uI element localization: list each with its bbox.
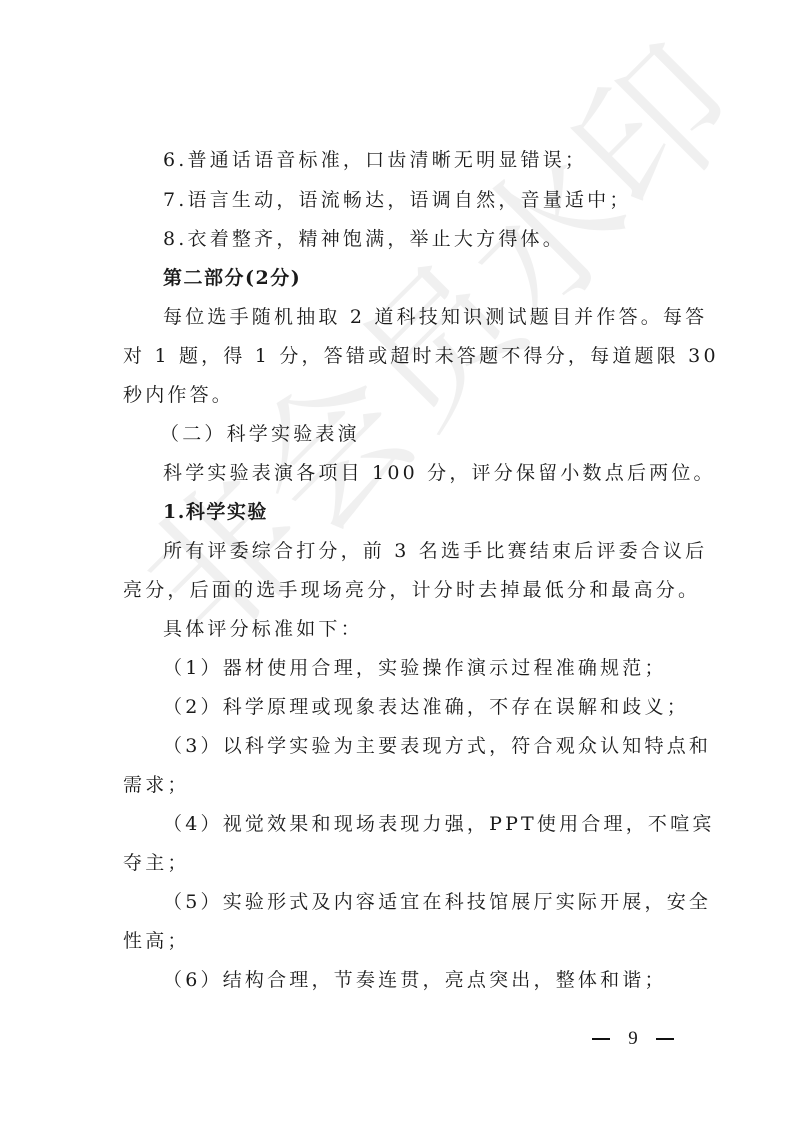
criterion-1: （1）器材使用合理，实验操作演示过程准确规范； bbox=[163, 656, 715, 680]
criterion-5-line-1: （5）实验形式及内容适宜在科技馆展厅实际开展，安全 bbox=[163, 890, 715, 914]
section-heading-part-two: 第二部分(2分) bbox=[163, 266, 715, 290]
criterion-5-line-2: 性高； bbox=[123, 929, 675, 953]
criterion-4-line-1: （4）视觉效果和现场表现力强，PPT使用合理，不喧宾 bbox=[163, 812, 715, 836]
criterion-6: 6.普通话语音标准，口齿清晰无明显错误； bbox=[163, 148, 715, 172]
criterion-3-line-1: （3）以科学实验为主要表现方式，符合观众认知特点和 bbox=[163, 734, 715, 758]
criterion-3-line-2: 需求； bbox=[123, 773, 675, 797]
paragraph-part-two-line-1: 每位选手随机抽取 2 道科技知识测试题目并作答。每答 bbox=[163, 305, 715, 329]
criterion-6-performance: （6）结构合理，节奏连贯，亮点突出，整体和谐； bbox=[163, 968, 715, 992]
criterion-2: （2）科学原理或现象表达准确，不存在误解和歧义； bbox=[163, 695, 715, 719]
criterion-7: 7.语言生动，语流畅达，语调自然，音量适中； bbox=[163, 188, 715, 212]
page-number-value: 9 bbox=[628, 1028, 638, 1050]
paragraph-criteria-intro: 具体评分标准如下： bbox=[163, 617, 715, 641]
paragraph-part-two-line-3: 秒内作答。 bbox=[123, 383, 675, 407]
paragraph-judging-line-1: 所有评委综合打分，前 3 名选手比赛结束后评委合议后 bbox=[163, 539, 715, 563]
paragraph-judging-line-2: 亮分，后面的选手现场亮分，计分时去掉最低分和最高分。 bbox=[123, 578, 675, 602]
paragraph-part-two-line-2: 对 1 题，得 1 分，答错或超时未答题不得分，每道题限 30 bbox=[123, 344, 675, 368]
criterion-4-line-2: 夺主； bbox=[123, 851, 675, 875]
criterion-8: 8.衣着整齐，精神饱满，举止大方得体。 bbox=[163, 227, 715, 251]
document-page: 非会员水印 6.普通话语音标准，口齿清晰无明显错误； 7.语言生动，语流畅达，语… bbox=[0, 0, 793, 1122]
subsection-heading-science-experiment: 1.科学实验 bbox=[163, 500, 715, 524]
page-number: 9 bbox=[592, 1027, 674, 1051]
paragraph-scoring-rule: 科学实验表演各项目 100 分，评分保留小数点后两位。 bbox=[163, 461, 715, 485]
dash-left bbox=[592, 1038, 610, 1040]
dash-right bbox=[656, 1038, 674, 1040]
section-heading-science-performance: （二）科学实验表演 bbox=[160, 422, 712, 446]
